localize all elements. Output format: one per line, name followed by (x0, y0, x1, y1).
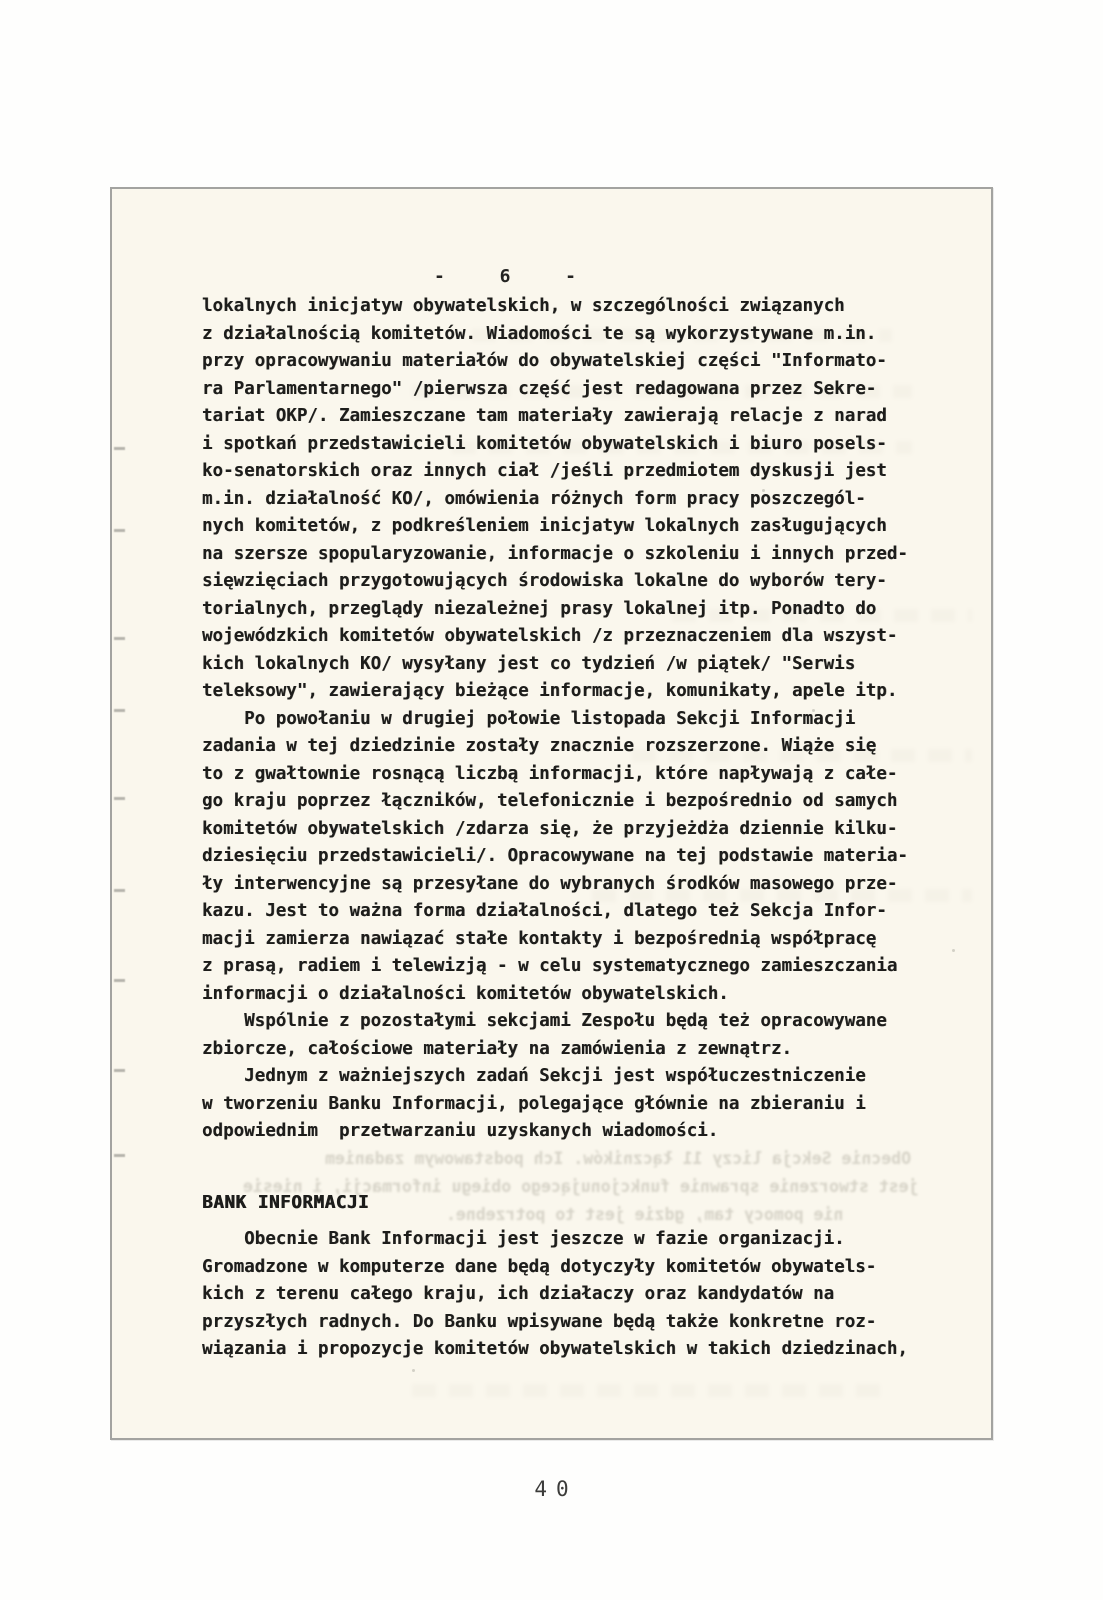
edge-mark (114, 1069, 125, 1072)
bleedthrough-line: Obecnie Sekcja liczy 11 łączników. Ich p… (325, 1145, 911, 1172)
edge-mark (114, 709, 125, 712)
document-canvas: - 6 - lokalnych inicjatyw obywatelskich,… (0, 0, 1103, 1600)
paragraph-2: Po powołaniu w drugiej połowie listopada… (202, 706, 937, 1009)
paragraph-3: Wspólnie z pozostałymi sekcjami Zespołu … (202, 1008, 937, 1063)
edge-mark (114, 529, 125, 532)
edge-mark (114, 797, 125, 800)
dash-right: - (565, 266, 576, 288)
edge-mark (114, 889, 125, 892)
paragraph-4: Jednym z ważniejszych zadań Sekcji jest … (202, 1063, 937, 1146)
scanned-page: - 6 - lokalnych inicjatyw obywatelskich,… (110, 187, 993, 1440)
top-page-number: 6 (500, 266, 511, 288)
page-number-marker: - 6 - (434, 266, 576, 288)
paragraph-1: lokalnych inicjatyw obywatelskich, w szc… (202, 293, 937, 706)
bleedthrough-line: nie pomocy tam, gdzie jest to potrzebne. (446, 1201, 843, 1228)
edge-mark (114, 637, 125, 640)
bleedthrough-smudge (412, 1384, 892, 1397)
paper-speck (412, 1369, 415, 1372)
edge-mark (114, 1154, 125, 1157)
body-text: lokalnych inicjatyw obywatelskich, w szc… (202, 293, 937, 1146)
edge-mark (114, 447, 125, 450)
dash-left: - (434, 266, 445, 288)
paragraph-5: Obecnie Bank Informacji jest jeszcze w f… (202, 1226, 937, 1364)
section-heading: BANK INFORMACJI (202, 1190, 369, 1218)
footer-page-number: 40 (0, 1476, 1103, 1502)
edge-mark (114, 979, 125, 982)
paper-speck (952, 949, 955, 952)
